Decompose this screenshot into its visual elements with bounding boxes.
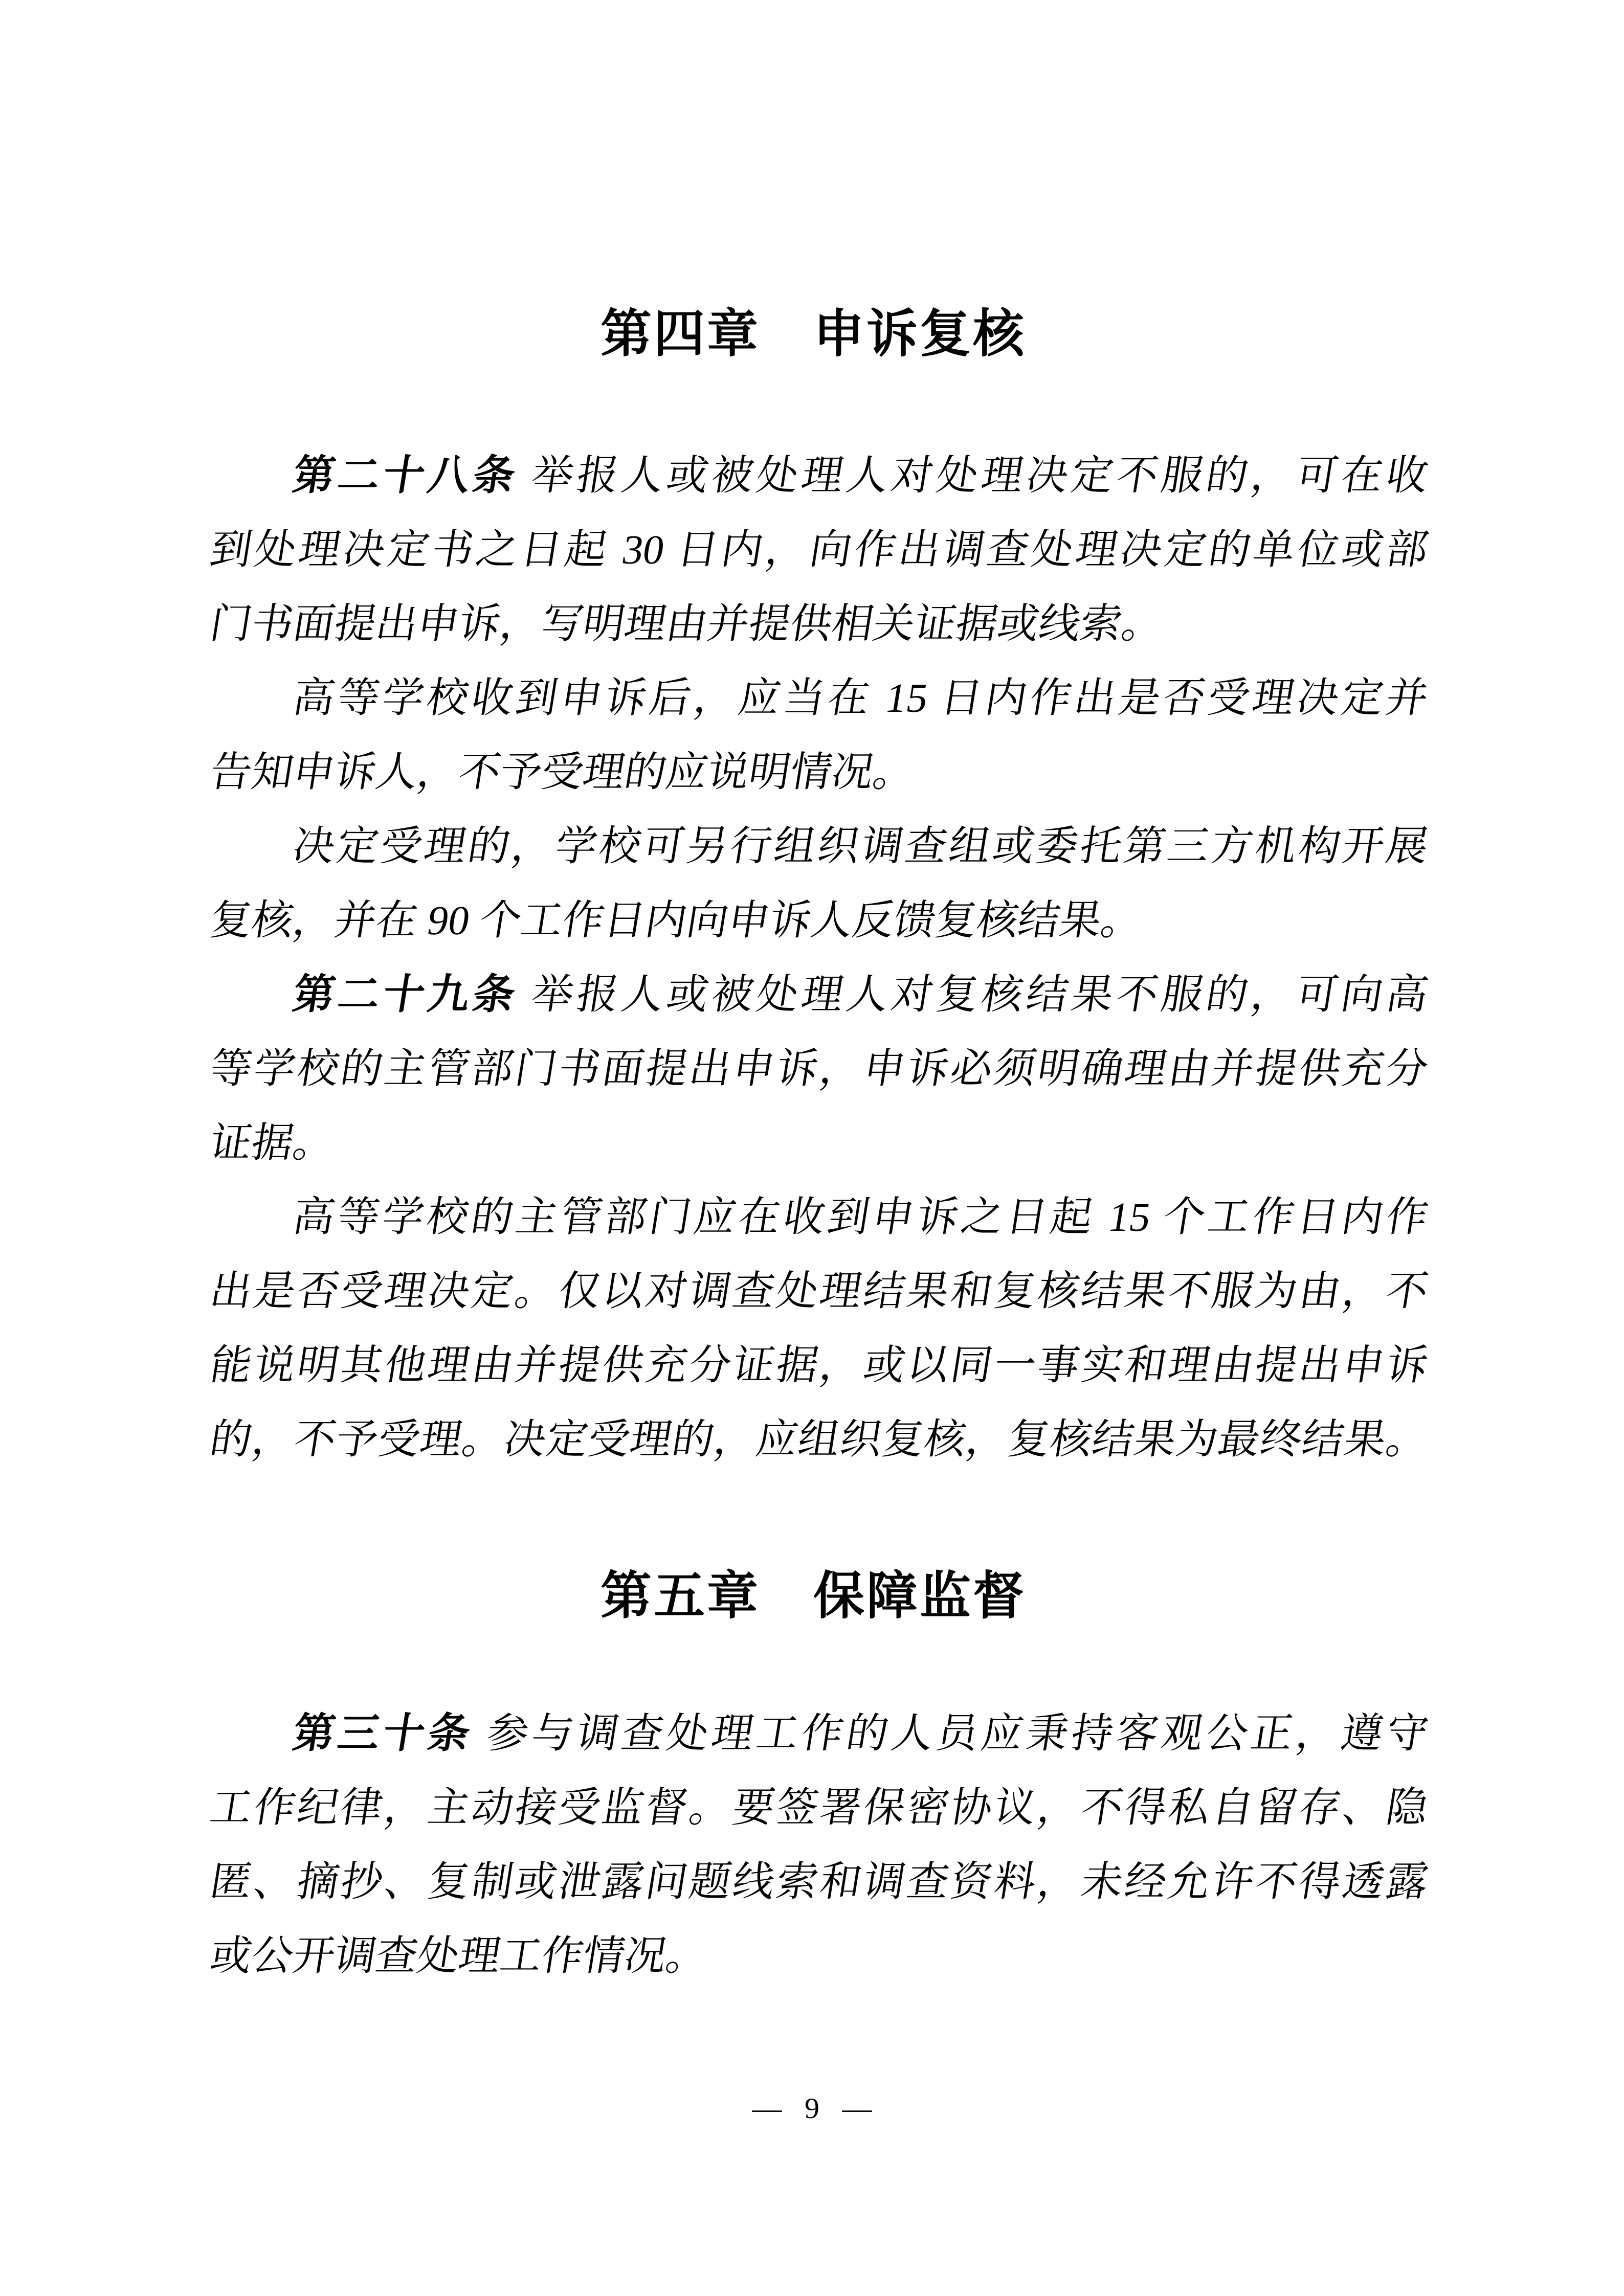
paragraph: 第二十九条 举报人或被处理人对复核结果不服的，可向高等学校的主管部门书面提出申诉… [205, 958, 1422, 1180]
document-line: 第三十条 参与调查处理工作的人员应秉持客观公正，遵守 [205, 1697, 1434, 1771]
document-line: 决定受理的，学校可另行组织调查组或委托第三方机构开展 [205, 809, 1434, 884]
paragraph: 高等学校的主管部门应在收到申诉之日起 15 个工作日内作出是否受理决定。仅以对调… [205, 1180, 1422, 1477]
document-line: 出是否受理决定。仅以对调查处理结果和复核结果不服为由，不 [205, 1254, 1434, 1329]
paragraph: 第三十条 参与调查处理工作的人员应秉持客观公正，遵守工作纪律，主动接受监督。要签… [205, 1697, 1422, 1993]
document-line: 告知申诉人，不予受理的应说明情况。 [205, 735, 1434, 809]
article-number: 第二十八条 [290, 453, 522, 499]
paragraph: 高等学校收到申诉后，应当在 15 日内作出是否受理决定并告知申诉人，不予受理的应… [205, 661, 1422, 809]
document-line: 工作纪律，主动接受监督。要签署保密协议，不得私自留存、隐 [205, 1771, 1434, 1845]
paragraph: 决定受理的，学校可另行组织调查组或委托第三方机构开展复核，并在 90 个工作日内… [205, 809, 1422, 958]
document-line: 高等学校的主管部门应在收到申诉之日起 15 个工作日内作 [205, 1180, 1434, 1254]
document-line: 到处理决定书之日起 30 日内，向作出调查处理决定的单位或部 [205, 513, 1434, 587]
document-line: 第二十九条 举报人或被处理人对复核结果不服的，可向高 [205, 958, 1434, 1032]
document-line: 匿、摘抄、复制或泄露问题线索和调查资料，未经允许不得透露 [205, 1845, 1434, 1919]
document-body: 第四章 申诉复核第二十八条 举报人或被处理人对处理决定不服的，可在收到处理决定书… [205, 0, 1422, 1993]
article-number: 第三十条 [290, 1710, 477, 1757]
document-page: 第四章 申诉复核第二十八条 举报人或被处理人对处理决定不服的，可在收到处理决定书… [0, 0, 1624, 2296]
paragraph: 第二十八条 举报人或被处理人对处理决定不服的，可在收到处理决定书之日起 30 日… [205, 439, 1422, 661]
document-line: 证据。 [205, 1106, 1434, 1180]
document-line: 的，不予受理。决定受理的，应组织复核，复核结果为最终结果。 [205, 1403, 1434, 1477]
document-line: 高等学校收到申诉后，应当在 15 日内作出是否受理决定并 [205, 661, 1434, 735]
document-line: 等学校的主管部门书面提出申诉，申诉必须明确理由并提供充分 [205, 1032, 1434, 1106]
article-number: 第二十九条 [290, 972, 522, 1018]
document-line: 第二十八条 举报人或被处理人对处理决定不服的，可在收 [205, 439, 1434, 513]
document-line: 复核，并在 90 个工作日内向申诉人反馈复核结果。 [205, 884, 1434, 958]
document-line: 或公开调查处理工作情况。 [205, 1919, 1434, 1993]
document-line: 能说明其他理由并提供充分证据，或以同一事实和理由提出申诉 [205, 1329, 1434, 1403]
page-number: — 9 — [0, 2090, 1624, 2126]
chapter-heading: 第四章 申诉复核 [205, 304, 1422, 363]
chapter-heading: 第五章 保障监督 [205, 1566, 1422, 1625]
document-line: 门书面提出申诉，写明理由并提供相关证据或线索。 [205, 587, 1434, 661]
